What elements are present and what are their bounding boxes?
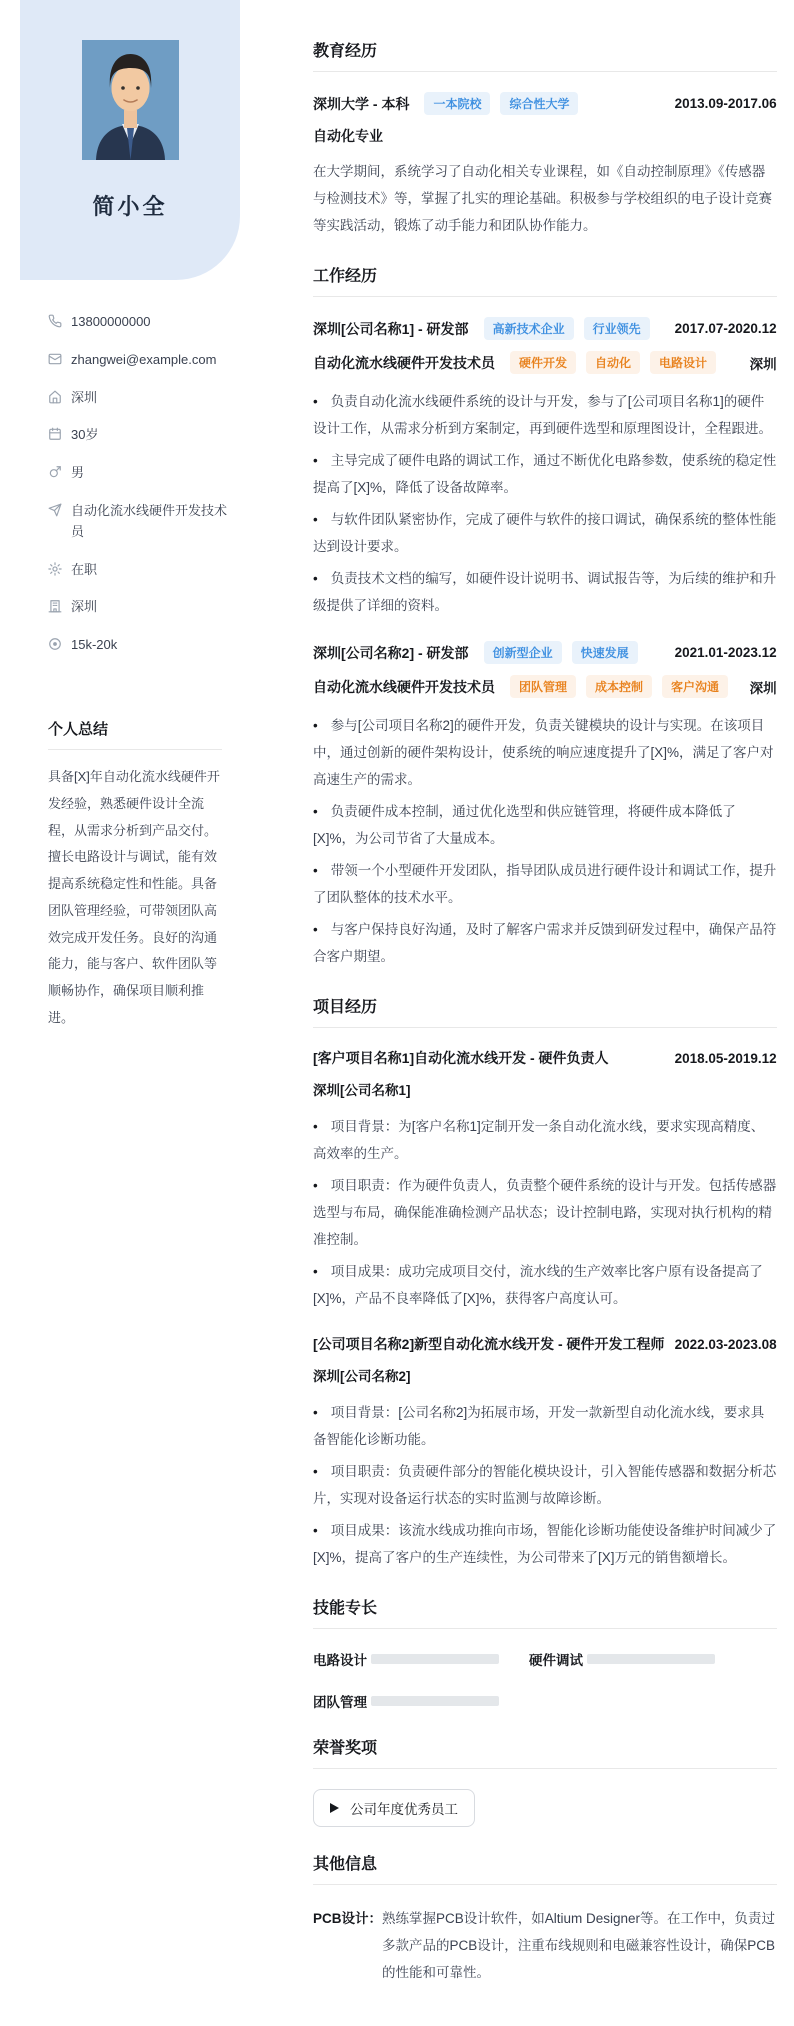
work-location: 深圳 xyxy=(740,353,777,373)
project-bullet: 项目背景：为[客户名称1]定制开发一条自动化流水线，要求实现高精度、高效率的生产… xyxy=(313,1113,777,1167)
project-bullet: 项目职责：负责硬件部分的智能化模块设计，引入智能传感器和数据分析芯片，实现对设备… xyxy=(313,1458,777,1512)
mail-icon xyxy=(48,352,62,366)
skill-bar xyxy=(371,1654,499,1664)
position-tag: 电路设计 xyxy=(650,351,716,374)
building-icon xyxy=(48,599,62,613)
work-bullet: 主导完成了硬件电路的调试工作，通过不断优化电路参数，使系统的稳定性提高了[X]%… xyxy=(313,447,777,501)
honors-title: 荣誉奖项 xyxy=(313,1735,777,1769)
project-company: 深圳[公司名称2] xyxy=(313,1365,777,1385)
education-section: 教育经历 深圳大学 - 本科 一本院校 综合性大学 2013.09-2017.0… xyxy=(313,38,777,239)
work-bullet: 带领一个小型硬件开发团队，指导团队成员进行硬件设计和调试工作，提升了团队整体的技… xyxy=(313,857,777,911)
skills-grid: 电路设计 硬件调试 团队管理 xyxy=(313,1649,777,1711)
position-tag: 硬件开发 xyxy=(510,351,576,374)
company-tag: 创新型企业 xyxy=(484,641,562,664)
education-date: 2013.09-2017.06 xyxy=(665,96,777,111)
work-date: 2017.07-2020.12 xyxy=(665,321,777,336)
position-tag: 成本控制 xyxy=(586,675,652,698)
skill-item: 电路设计 xyxy=(313,1649,529,1669)
project-bullets: 项目背景：[公司名称2]为拓展市场，开发一款新型自动化流水线，要求具备智能化诊断… xyxy=(313,1399,777,1571)
company-name: 深圳[公司名称1] - 研发部 xyxy=(313,319,469,339)
skill-name: 电路设计 xyxy=(313,1649,369,1669)
profile-photo xyxy=(82,40,179,160)
contact-city: 深圳 xyxy=(48,388,232,409)
personal-summary-text: 具备[X]年自动化流水线硬件开发经验，熟悉硬件设计全流程，从需求分析到产品交付。… xyxy=(48,764,222,1032)
work-bullet: 与客户保持良好沟通，及时了解客户需求并反馈到研发过程中，确保产品符合客户期望。 xyxy=(313,916,777,970)
work-location: 深圳 xyxy=(740,677,777,697)
company-tags: 高新技术企业 行业领先 xyxy=(484,317,650,340)
project-head-row: [客户项目名称1]自动化流水线开发 - 硬件负责人 2018.05-2019.1… xyxy=(313,1048,777,1068)
contact-age-text: 30岁 xyxy=(71,425,98,446)
project-date: 2018.05-2019.12 xyxy=(665,1051,777,1066)
paper-plane-icon xyxy=(48,503,62,517)
education-description: 在大学期间，系统学习了自动化相关专业课程，如《自动控制原理》《传感器与检测技术》… xyxy=(313,158,777,239)
position-tags: 团队管理 成本控制 客户沟通 xyxy=(510,675,728,698)
play-triangle-icon xyxy=(330,1803,339,1813)
contact-salary-text: 15k-20k xyxy=(71,635,117,656)
other-info-row: PCB设计： 熟练掌握PCB设计软件，如Altium Designer等。在工作… xyxy=(313,1905,777,1986)
work-title: 工作经历 xyxy=(313,263,777,297)
project-bullets: 项目背景：为[客户名称1]定制开发一条自动化流水线，要求实现高精度、高效率的生产… xyxy=(313,1113,777,1312)
contact-phone-text: 13800000000 xyxy=(71,312,151,333)
work-bullets: 参与[公司项目名称2]的硬件开发，负责关键模块的设计与实现。在该项目中，通过创新… xyxy=(313,712,777,970)
work-bullet: 参与[公司项目名称2]的硬件开发，负责关键模块的设计与实现。在该项目中，通过创新… xyxy=(313,712,777,793)
work-bullet: 负责自动化流水线硬件系统的设计与开发，参与了[公司项目名称1]的硬件设计工作，从… xyxy=(313,388,777,442)
work-section: 工作经历 深圳[公司名称1] - 研发部 高新技术企业 行业领先 2017.07… xyxy=(313,263,777,970)
education-tag: 一本院校 xyxy=(424,92,490,115)
contact-status-text: 在职 xyxy=(71,560,97,581)
work-date: 2021.01-2023.12 xyxy=(665,645,777,660)
contact-phone: 13800000000 xyxy=(48,312,232,333)
honor-badge-button[interactable]: 公司年度优秀员工 xyxy=(313,1789,475,1827)
project-name: [公司项目名称2]新型自动化流水线开发 - 硬件开发工程师 xyxy=(313,1334,665,1354)
main-content: 教育经历 深圳大学 - 本科 一本院校 综合性大学 2013.09-2017.0… xyxy=(250,0,794,2026)
work-bullets: 负责自动化流水线硬件系统的设计与开发，参与了[公司项目名称1]的硬件设计工作，从… xyxy=(313,388,777,619)
position-tag: 团队管理 xyxy=(510,675,576,698)
contact-status: 在职 xyxy=(48,560,232,581)
company-tag: 高新技术企业 xyxy=(484,317,574,340)
home-icon xyxy=(48,390,62,404)
contact-work-city-text: 深圳 xyxy=(71,597,97,618)
position-tag: 客户沟通 xyxy=(662,675,728,698)
project-company: 深圳[公司名称1] xyxy=(313,1079,777,1099)
contact-city-text: 深圳 xyxy=(71,388,97,409)
other-info-section: 其他信息 PCB设计： 熟练掌握PCB设计软件，如Altium Designer… xyxy=(313,1851,777,1986)
sidebar: 简小全 13800000000 zhangwei@example.com 深圳 xyxy=(0,0,250,2026)
work-entry: 深圳[公司名称1] - 研发部 高新技术企业 行业领先 2017.07-2020… xyxy=(313,317,777,619)
work-bullet: 负责技术文档的编写，如硬件设计说明书、调试报告等，为后续的维护和升级提供了详细的… xyxy=(313,565,777,619)
project-bullet: 项目职责：作为硬件负责人，负责整个硬件系统的设计与开发。包括传感器选型与布局，确… xyxy=(313,1172,777,1253)
position-name: 自动化流水线硬件开发技术员 xyxy=(313,353,495,373)
other-info-label: PCB设计： xyxy=(313,1905,382,1986)
calendar-icon xyxy=(48,427,62,441)
projects-title: 项目经历 xyxy=(313,994,777,1028)
position-name: 自动化流水线硬件开发技术员 xyxy=(313,677,495,697)
project-bullet: 项目成果：该流水线成功推向市场，智能化诊断功能使设备维护时间减少了[X]%，提高… xyxy=(313,1517,777,1571)
contact-email-text: zhangwei@example.com xyxy=(71,350,216,371)
work-company-row: 深圳[公司名称1] - 研发部 高新技术企业 行业领先 2017.07-2020… xyxy=(313,317,777,340)
skill-bar xyxy=(587,1654,715,1664)
skill-name: 硬件调试 xyxy=(529,1649,585,1669)
other-info-text: 熟练掌握PCB设计软件，如Altium Designer等。在工作中，负责过多款… xyxy=(382,1905,777,1986)
candidate-name: 简小全 xyxy=(92,190,167,221)
school-name: 深圳大学 - 本科 xyxy=(313,94,409,114)
education-tags: 一本院校 综合性大学 xyxy=(424,92,578,115)
phone-icon xyxy=(48,314,62,328)
skills-section: 技能专长 电路设计 硬件调试 团队管理 xyxy=(313,1595,777,1711)
contact-salary: 15k-20k xyxy=(48,635,232,656)
honor-label: 公司年度优秀员工 xyxy=(350,1798,458,1818)
skill-name: 团队管理 xyxy=(313,1691,369,1711)
personal-summary-title: 个人总结 xyxy=(48,718,222,750)
work-position-row: 自动化流水线硬件开发技术员 硬件开发 自动化 电路设计 深圳 xyxy=(313,351,777,374)
profile-card: 简小全 xyxy=(20,0,240,280)
gear-icon xyxy=(48,562,62,576)
skill-item: 硬件调试 xyxy=(529,1649,745,1669)
project-name: [客户项目名称1]自动化流水线开发 - 硬件负责人 xyxy=(313,1048,609,1068)
work-company-row: 深圳[公司名称2] - 研发部 创新型企业 快速发展 2021.01-2023.… xyxy=(313,641,777,664)
work-position-row: 自动化流水线硬件开发技术员 团队管理 成本控制 客户沟通 深圳 xyxy=(313,675,777,698)
project-date: 2022.03-2023.08 xyxy=(665,1337,777,1352)
other-info-title: 其他信息 xyxy=(313,1851,777,1885)
contact-work-city: 深圳 xyxy=(48,597,232,618)
position-tags: 硬件开发 自动化 电路设计 xyxy=(510,351,716,374)
project-entry: [公司项目名称2]新型自动化流水线开发 - 硬件开发工程师 2022.03-20… xyxy=(313,1334,777,1571)
honors-section: 荣誉奖项 公司年度优秀员工 xyxy=(313,1735,777,1827)
personal-summary-section: 个人总结 具备[X]年自动化流水线硬件开发经验，熟悉硬件设计全流程，从需求分析到… xyxy=(48,718,222,1032)
education-title: 教育经历 xyxy=(313,38,777,72)
skill-bar xyxy=(371,1696,499,1706)
company-name: 深圳[公司名称2] - 研发部 xyxy=(313,643,469,663)
work-bullet: 与软件团队紧密协作，完成了硬件与软件的接口调试，确保系统的整体性能达到设计要求。 xyxy=(313,506,777,560)
education-entry-head: 深圳大学 - 本科 一本院校 综合性大学 2013.09-2017.06 xyxy=(313,92,777,115)
education-major: 自动化专业 xyxy=(313,126,383,146)
target-icon xyxy=(48,637,62,651)
gender-icon xyxy=(48,465,62,479)
project-entry: [客户项目名称1]自动化流水线开发 - 硬件负责人 2018.05-2019.1… xyxy=(313,1048,777,1312)
skill-item: 团队管理 xyxy=(313,1691,529,1711)
contact-email: zhangwei@example.com xyxy=(48,350,232,371)
contact-age: 30岁 xyxy=(48,425,232,446)
work-bullet: 负责硬件成本控制，通过优化选型和供应链管理，将硬件成本降低了[X]%，为公司节省… xyxy=(313,798,777,852)
project-bullet: 项目成果：成功完成项目交付，流水线的生产效率比客户原有设备提高了[X]%，产品不… xyxy=(313,1258,777,1312)
company-tags: 创新型企业 快速发展 xyxy=(484,641,638,664)
contact-job-intention: 自动化流水线硬件开发技术员 xyxy=(48,501,232,543)
resume-page: 简小全 13800000000 zhangwei@example.com 深圳 xyxy=(0,0,794,2026)
contact-list: 13800000000 zhangwei@example.com 深圳 30岁 xyxy=(0,312,250,656)
education-tag: 综合性大学 xyxy=(500,92,578,115)
work-entry: 深圳[公司名称2] - 研发部 创新型企业 快速发展 2021.01-2023.… xyxy=(313,641,777,970)
position-tag: 自动化 xyxy=(586,351,640,374)
contact-gender-text: 男 xyxy=(71,463,84,484)
education-major-row: 自动化专业 xyxy=(313,126,777,146)
projects-section: 项目经历 [客户项目名称1]自动化流水线开发 - 硬件负责人 2018.05-2… xyxy=(313,994,777,1571)
project-bullet: 项目背景：[公司名称2]为拓展市场，开发一款新型自动化流水线，要求具备智能化诊断… xyxy=(313,1399,777,1453)
skills-title: 技能专长 xyxy=(313,1595,777,1629)
company-tag: 快速发展 xyxy=(572,641,638,664)
project-head-row: [公司项目名称2]新型自动化流水线开发 - 硬件开发工程师 2022.03-20… xyxy=(313,1334,777,1354)
contact-gender: 男 xyxy=(48,463,232,484)
contact-job-intention-text: 自动化流水线硬件开发技术员 xyxy=(71,501,232,543)
company-tag: 行业领先 xyxy=(584,317,650,340)
